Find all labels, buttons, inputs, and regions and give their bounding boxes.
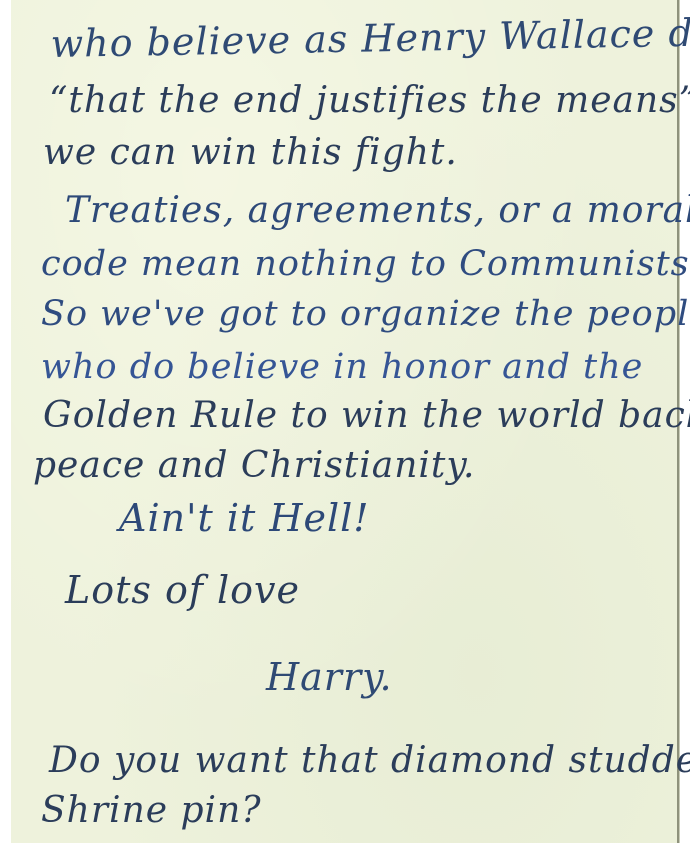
signature: Harry.	[266, 655, 393, 699]
letter-line: So we've got to organize the people	[41, 294, 690, 334]
letter-page: who believe as Henry Wallace does — “tha…	[11, 0, 679, 843]
exclamation-line: Ain't it Hell!	[119, 496, 370, 540]
letter-line: Golden Rule to win the world back to	[43, 395, 690, 436]
letter-line: code mean nothing to Communists.	[41, 244, 690, 284]
letter-line: who do believe in honor and the	[41, 347, 643, 387]
letter-line: “that the end justifies the means”	[49, 80, 690, 121]
postscript-line: Shrine pin?	[41, 790, 262, 831]
letter-line: peace and Christianity.	[33, 445, 475, 486]
letter-line: Treaties, agreements, or a moral	[65, 190, 690, 231]
letter-line: who believe as Henry Wallace does —	[50, 9, 690, 66]
postscript-line: Do you want that diamond studded	[49, 740, 690, 781]
letter-line: we can win this fight.	[43, 132, 458, 173]
closing: Lots of love	[65, 568, 300, 612]
